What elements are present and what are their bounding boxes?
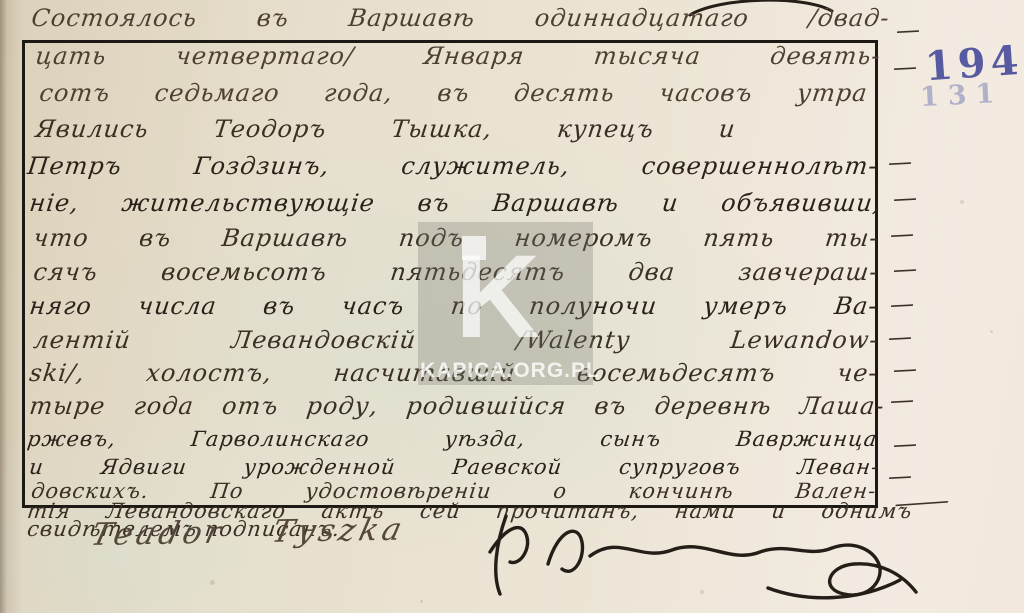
watermark-text: KAPICA.ORG.PL bbox=[420, 360, 592, 381]
old-page-number-stamp: 131 bbox=[919, 80, 1004, 111]
line-filler-dash: — bbox=[892, 256, 917, 281]
handwritten-line-13: ржевъ, Гарволинскаго уѣзда, сынъ Вавржин… bbox=[26, 428, 879, 450]
line-filler-dash: — bbox=[889, 291, 914, 316]
handwritten-line-12: тыре года отъ роду, родившійся въ деревн… bbox=[28, 394, 886, 419]
official-signature-flourish bbox=[482, 500, 922, 612]
line-filler-dash: — bbox=[892, 431, 917, 456]
handwritten-line-14: и Ядвиги урожденной Раевской супруговъ Л… bbox=[28, 456, 881, 478]
paper-speckle bbox=[960, 200, 964, 204]
paper-speckle bbox=[420, 600, 423, 603]
handwritten-line-4: Явились Теодоръ Тышка, купецъ и bbox=[34, 117, 737, 142]
line-filler-dash: — bbox=[887, 463, 912, 488]
line-filler-dash: — bbox=[892, 356, 917, 381]
line-filler-dash: — bbox=[892, 54, 917, 79]
line-filler-dash: — bbox=[889, 387, 914, 412]
witness-signature: Teador Tyszka bbox=[88, 515, 408, 551]
line-filler-dash: — bbox=[892, 185, 917, 210]
handwritten-line-3: сотъ седьмаго года, въ десять часовъ утр… bbox=[38, 81, 869, 106]
handwritten-line-6: ніе, жительствующіе въ Варшавѣ и объявив… bbox=[28, 191, 883, 216]
paper-speckle bbox=[990, 330, 993, 333]
watermark-logo-dot bbox=[462, 236, 486, 260]
handwritten-line-2: цать четвертаго/ Января тысяча девять- bbox=[34, 44, 882, 69]
paper-speckle bbox=[700, 590, 704, 594]
line-filler-dash: — bbox=[895, 17, 920, 42]
line-filler-dash: — bbox=[887, 149, 912, 174]
paper-speckle bbox=[210, 580, 215, 585]
line-filler-dash: — bbox=[889, 221, 914, 246]
handwritten-line-1: Состоялось въ Варшавѣ одиннадцатаго /два… bbox=[30, 6, 891, 31]
handwritten-line-5: Петръ Гоздзинъ, служитель, совершеннолѣт… bbox=[26, 154, 879, 179]
line-filler-dash: — bbox=[887, 324, 912, 349]
document-scan-page: Состоялось въ Варшавѣ одиннадцатаго /два… bbox=[0, 0, 1024, 613]
